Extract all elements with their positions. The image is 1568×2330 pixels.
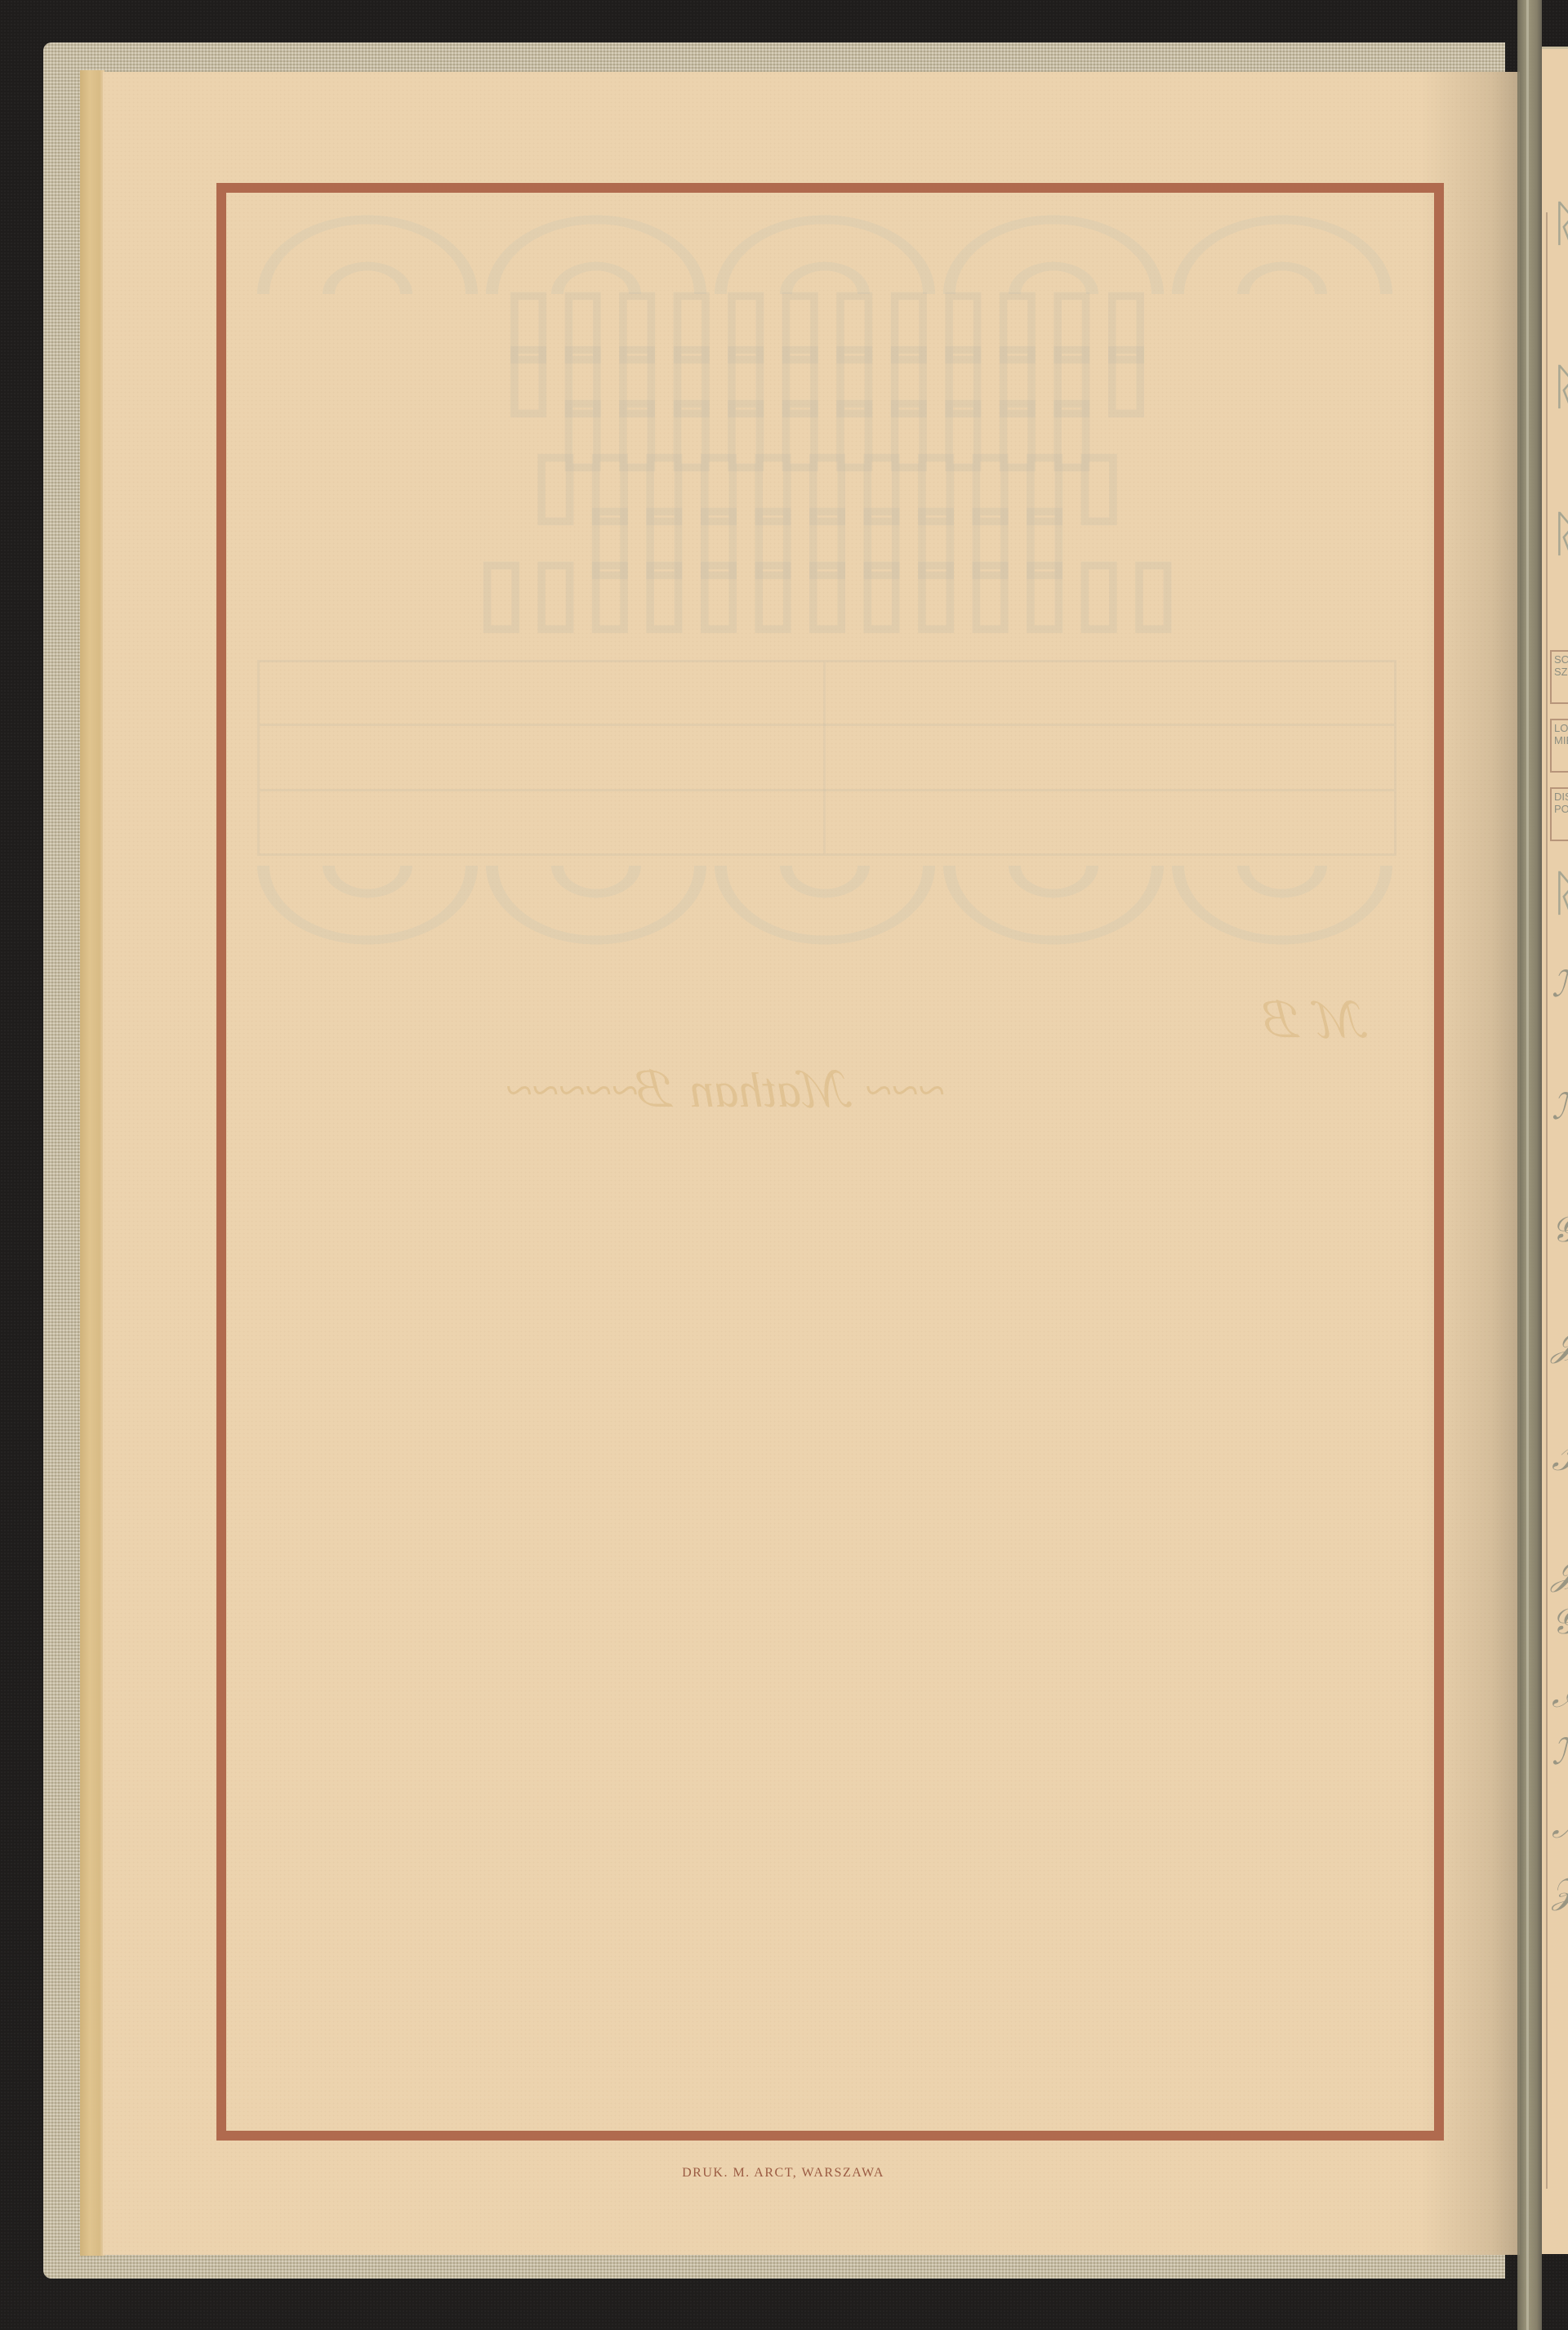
facing-label: LOG MIE bbox=[1550, 719, 1568, 773]
page-edge bbox=[80, 70, 105, 2256]
facing-label: DIS PO bbox=[1550, 787, 1568, 841]
facing-script: ℳ bbox=[1552, 1086, 1568, 1128]
facing-ornament-icon: ᚱ bbox=[1550, 359, 1568, 416]
facing-page-rule bbox=[1546, 212, 1548, 2189]
facing-script: 𝒥 bbox=[1552, 1323, 1568, 1365]
facing-page-edge: ᚱ ᚱ ᚱ SCH SZK LOG MIE DIS PO ᚱ ℳ ℳ 𝒢 𝒥 𝒦… bbox=[1542, 49, 1568, 2254]
facing-script: 𝒩 bbox=[1552, 1805, 1568, 1847]
printer-imprint: DRUK. M. ARCT, WARSZAWA bbox=[0, 2166, 1568, 2181]
book-gutter bbox=[1517, 0, 1542, 2330]
facing-label: SCH SZK bbox=[1550, 650, 1568, 704]
decorative-border-frame bbox=[216, 183, 1444, 2141]
facing-script: 𝒢 bbox=[1552, 1209, 1568, 1250]
facing-script: 𝒢 bbox=[1552, 1601, 1568, 1642]
facing-ornament-icon: ᚱ bbox=[1550, 506, 1568, 563]
facing-script: 𝒵 bbox=[1552, 1870, 1568, 1912]
facing-script: 𝒦 bbox=[1552, 1437, 1568, 1479]
facing-script: ℳ bbox=[1552, 964, 1568, 1005]
facing-script: ℳ bbox=[1552, 1731, 1568, 1773]
facing-script: 𝒜 bbox=[1552, 1674, 1568, 1716]
facing-script: 𝒥 bbox=[1552, 1552, 1568, 1593]
facing-ornament-icon: ᚱ bbox=[1550, 866, 1568, 922]
facing-ornament-icon: ᚱ bbox=[1550, 196, 1568, 252]
